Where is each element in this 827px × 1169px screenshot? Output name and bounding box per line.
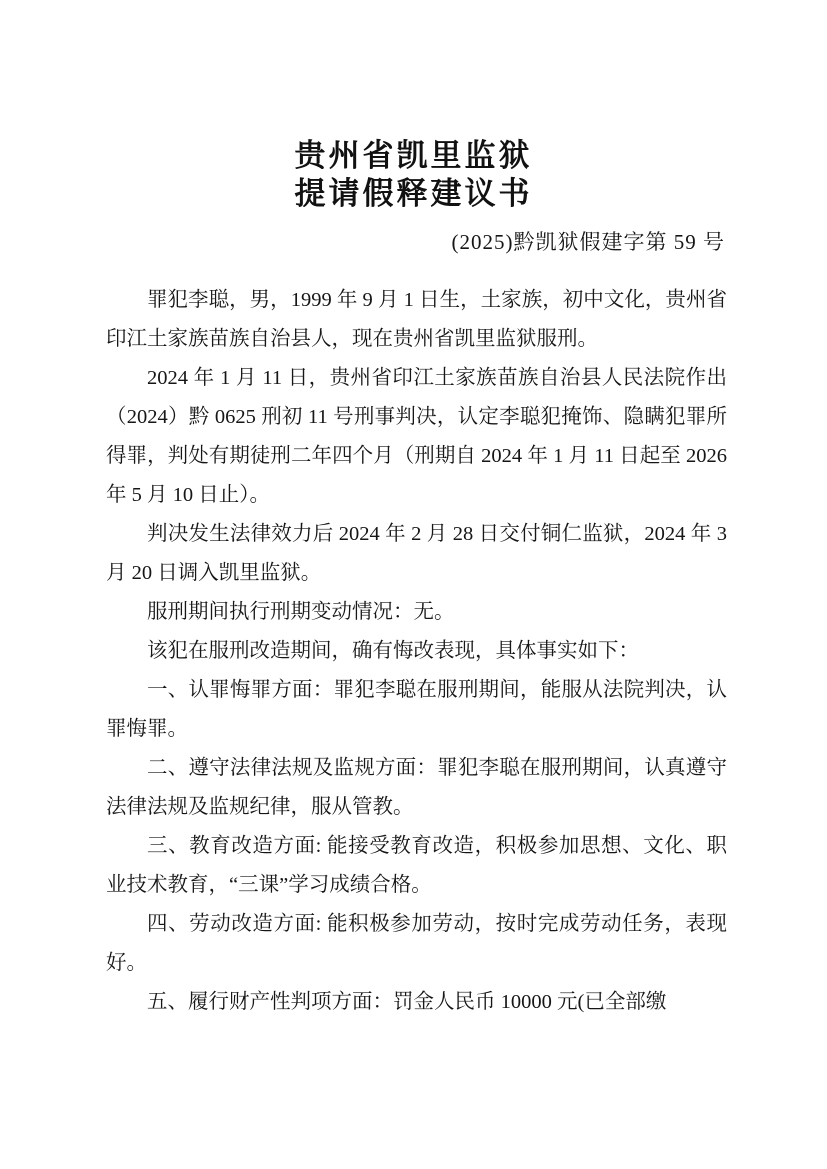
document-title: 贵州省凯里监狱 提请假释建议书 — [0, 137, 827, 213]
paragraph: 三、教育改造方面: 能接受教育改造，积极参加思想、文化、职业技术教育，“三课”学… — [106, 827, 727, 905]
paragraph: 判决发生法律效力后 2024 年 2 月 28 日交付铜仁监狱，2024 年 3… — [106, 515, 727, 593]
paragraph: 该犯在服刑改造期间，确有悔改表现，具体事实如下： — [106, 632, 727, 671]
paragraph: 2024 年 1 月 11 日，贵州省印江土家族苗族自治县人民法院作出（2024… — [106, 359, 727, 515]
document-title-line2: 提请假释建议书 — [0, 175, 827, 213]
paragraph: 罪犯李聪，男，1999 年 9 月 1 日生，土家族，初中文化，贵州省印江土家族… — [106, 281, 727, 359]
document-number: (2025)黔凯狱假建字第 59 号 — [452, 227, 726, 257]
paragraph: 二、遵守法律法规及监规方面：罪犯李聪在服刑期间，认真遵守法律法规及监规纪律，服从… — [106, 749, 727, 827]
paragraph: 服刑期间执行刑期变动情况：无。 — [106, 593, 727, 632]
paragraph: 一、认罪悔罪方面：罪犯李聪在服刑期间，能服从法院判决，认罪悔罪。 — [106, 671, 727, 749]
document-title-line1: 贵州省凯里监狱 — [0, 137, 827, 175]
document-body: 罪犯李聪，男，1999 年 9 月 1 日生，土家族，初中文化，贵州省印江土家族… — [106, 281, 727, 1022]
paragraph: 四、劳动改造方面: 能积极参加劳动，按时完成劳动任务，表现好。 — [106, 905, 727, 983]
document-page: 贵州省凯里监狱 提请假释建议书 (2025)黔凯狱假建字第 59 号 罪犯李聪，… — [0, 0, 827, 1169]
paragraph: 五、履行财产性判项方面：罚金人民币 10000 元(已全部缴 — [106, 983, 727, 1022]
